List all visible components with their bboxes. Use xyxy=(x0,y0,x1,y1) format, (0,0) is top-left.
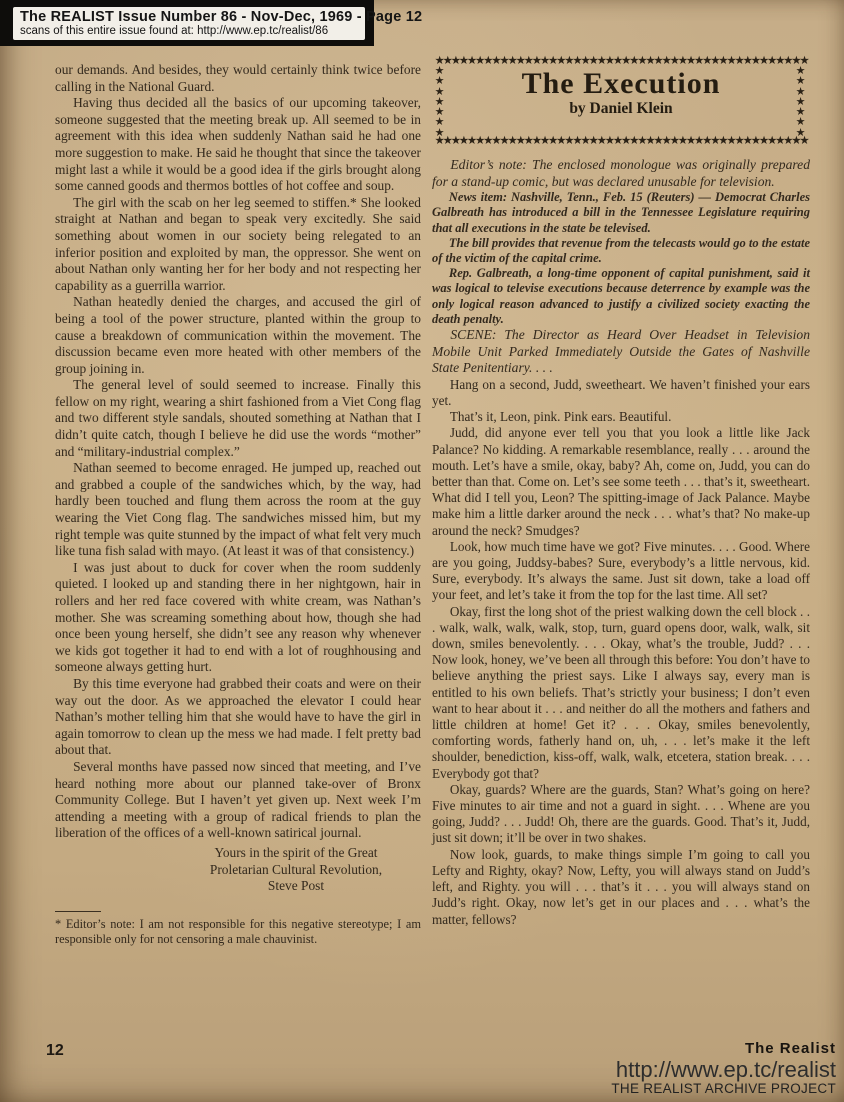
monologue-paragraph: Okay, guards? Where are the guards, Stan… xyxy=(432,782,810,847)
signature-block: Yours in the spirit of the Great Proleta… xyxy=(171,845,421,895)
signature-line: Steve Post xyxy=(171,878,421,895)
body-paragraph: our demands. And besides, they would cer… xyxy=(55,62,421,95)
star-border-left: ★ ★ ★ ★ ★ ★ ★ xyxy=(433,66,446,137)
archive-footer: The Realist http://www.ep.tc/realist THE… xyxy=(611,1040,836,1096)
article-title-box: ★★★★★★★★★★★★★★★★★★★★★★★★★★★★★★★★★★★★★★★★… xyxy=(432,55,810,148)
signature-line: Yours in the spirit of the Great xyxy=(171,845,421,862)
news-item-paragraph: The bill provides that revenue from the … xyxy=(432,236,810,266)
right-column: ★★★★★★★★★★★★★★★★★★★★★★★★★★★★★★★★★★★★★★★★… xyxy=(432,55,810,928)
news-item-paragraph: News item: Nashville, Tenn., Feb. 15 (Re… xyxy=(432,190,810,236)
monologue-paragraph: Look, how much time have we got? Five mi… xyxy=(432,539,810,604)
body-paragraph: Several months have passed now sinced th… xyxy=(55,759,421,842)
archive-project-name: THE REALIST ARCHIVE PROJECT xyxy=(611,1081,836,1096)
article-byline: by Daniel Klein xyxy=(432,101,810,117)
banner-issue-title: The REALIST Issue Number 86 - Nov-Dec, 1… xyxy=(20,9,358,25)
archive-banner-box: The REALIST Issue Number 86 - Nov-Dec, 1… xyxy=(13,7,365,40)
body-paragraph: Having thus decided all the basics of ou… xyxy=(55,95,421,195)
body-paragraph: Nathan heatedly denied the charges, and … xyxy=(55,294,421,377)
body-paragraph: By this time everyone had grabbed their … xyxy=(55,676,421,759)
monologue-paragraph: Now look, guards, to make things simple … xyxy=(432,847,810,928)
magazine-name: The Realist xyxy=(611,1040,836,1057)
footnote-text: * Editor’s note: I am not responsible fo… xyxy=(55,917,421,948)
footnote: * Editor’s note: I am not responsible fo… xyxy=(55,911,421,948)
star-border-bottom: ★★★★★★★★★★★★★★★★★★★★★★★★★★★★★★★★★★★★★★★★… xyxy=(432,135,810,148)
body-paragraph: The general level of sould seemed to inc… xyxy=(55,377,421,460)
news-item-paragraph: Rep. Galbreath, a long-time opponent of … xyxy=(432,266,810,327)
monologue-paragraph: That’s it, Leon, pink. Pink ears. Beauti… xyxy=(432,409,810,425)
body-paragraph: Nathan seemed to become enraged. He jump… xyxy=(55,460,421,560)
banner-scan-url: scans of this entire issue found at: htt… xyxy=(20,25,358,37)
body-paragraph: The girl with the scab on her leg seemed… xyxy=(55,195,421,295)
article-title: The Execution xyxy=(432,68,810,100)
monologue-paragraph: Hang on a second, Judd, sweetheart. We h… xyxy=(432,377,810,409)
page-number: 12 xyxy=(46,1042,64,1060)
signature-line: Proletarian Cultural Revolution, xyxy=(171,862,421,879)
archive-banner: The REALIST Issue Number 86 - Nov-Dec, 1… xyxy=(0,0,374,46)
left-column: our demands. And besides, they would cer… xyxy=(55,62,421,948)
star-border-right: ★ ★ ★ ★ ★ ★ ★ ★ xyxy=(794,66,807,137)
monologue-paragraph: Okay, first the long shot of the priest … xyxy=(432,604,810,782)
footnote-divider xyxy=(55,911,101,912)
editors-note: Editor’s note: The enclosed monologue wa… xyxy=(432,157,810,190)
scene-direction: SCENE: The Director as Heard Over Headse… xyxy=(432,327,810,377)
archive-url: http://www.ep.tc/realist xyxy=(611,1058,836,1081)
star-border-top: ★★★★★★★★★★★★★★★★★★★★★★★★★★★★★★★★★★★★★★★★… xyxy=(432,55,810,68)
body-paragraph: I was just about to duck for cover when … xyxy=(55,560,421,676)
monologue-paragraph: Judd, did anyone ever tell you that you … xyxy=(432,425,810,538)
